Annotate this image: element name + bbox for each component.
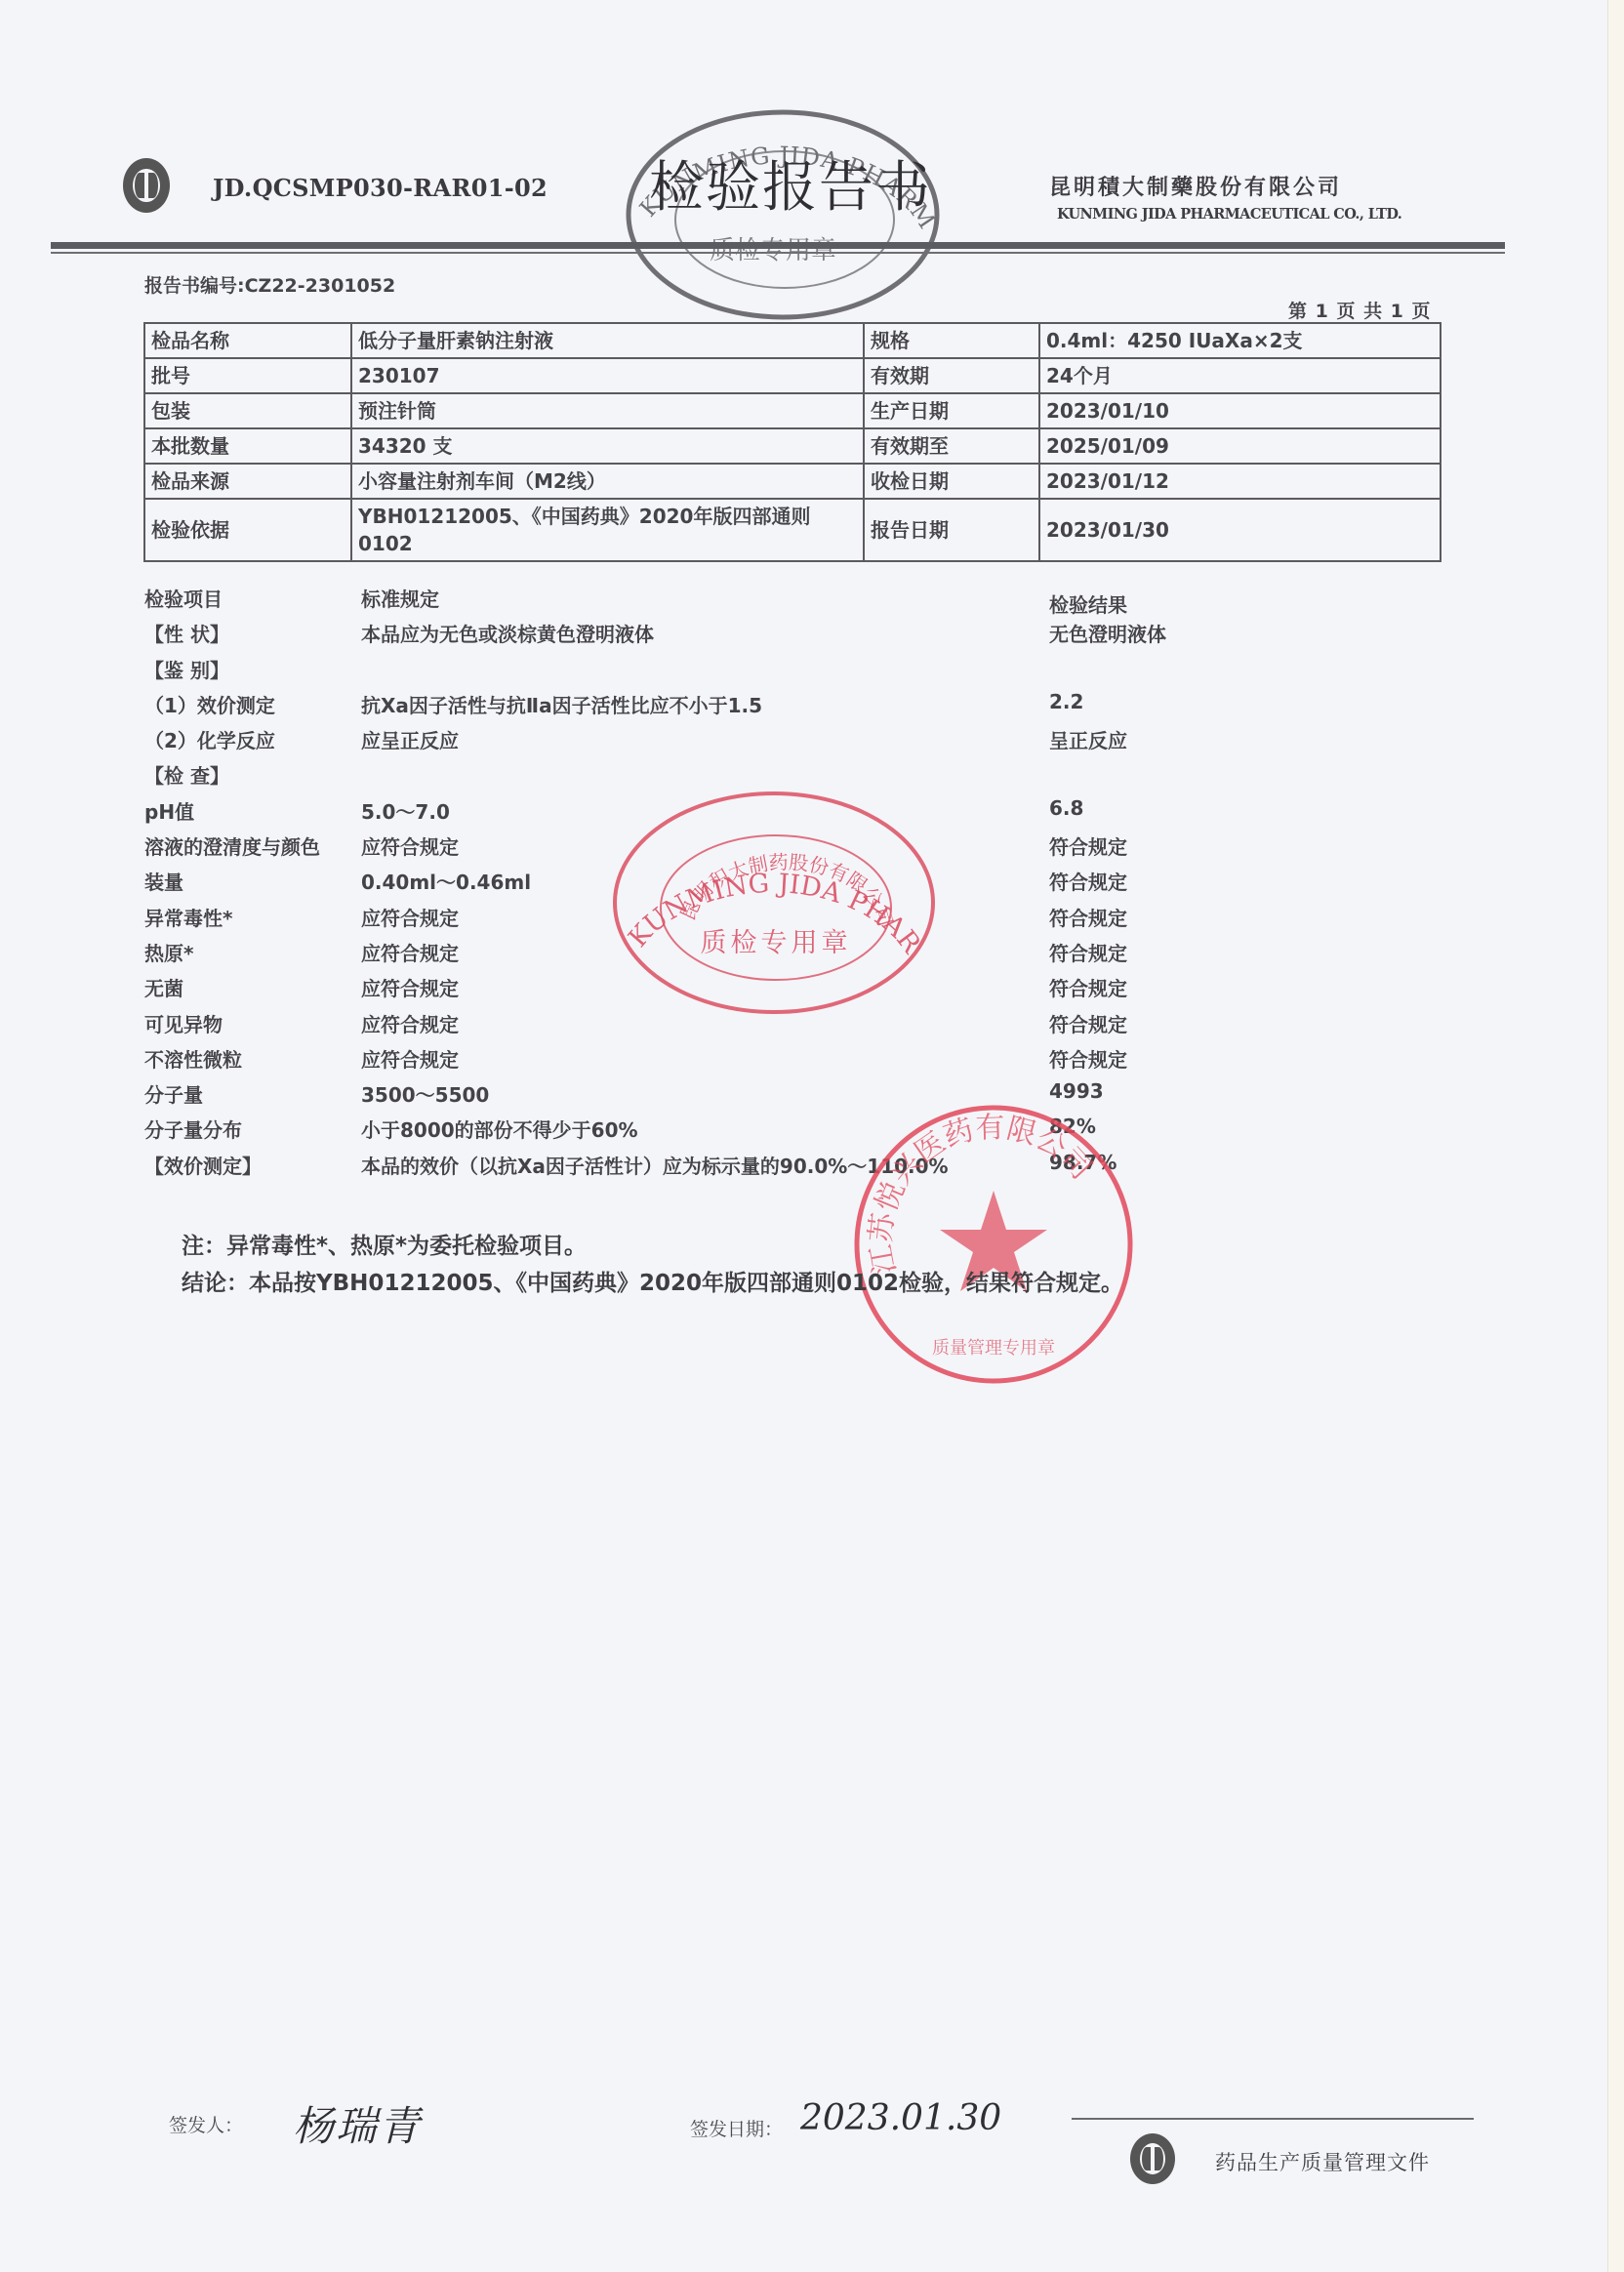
header-rule <box>51 242 1505 249</box>
column-header-standard: 标准规定 <box>361 584 439 612</box>
test-row: pH值5.0～7.06.8 <box>144 796 1218 832</box>
test-item-name: 热原* <box>144 938 193 966</box>
info-label: 批号 <box>144 358 351 393</box>
page-indicator: 第 1 页 共 1 页 <box>1288 297 1432 323</box>
test-result: 6.8 <box>1049 796 1083 820</box>
info-label: 收检日期 <box>864 464 1039 499</box>
test-result: 符合规定 <box>1049 832 1127 860</box>
svg-text:质量管理专用章: 质量管理专用章 <box>932 1338 1055 1359</box>
test-row: （1）效价测定抗Ⅹa因子活性与抗Ⅱa因子活性比应不小于1.52.2 <box>144 690 1218 725</box>
info-value: 2025/01/09 <box>1039 428 1441 464</box>
test-item-name: 异常毒性* <box>144 903 232 931</box>
jida-logo-icon <box>123 158 170 213</box>
test-item-name: 【检 查】 <box>144 760 229 789</box>
test-row: 无菌应符合规定符合规定 <box>144 973 1218 1008</box>
paper-edge <box>1607 0 1624 2272</box>
report-number: 报告书编号:CZ22-2301052 <box>144 271 395 298</box>
test-row: 【性 状】本品应为无色或淡棕黄色澄明液体无色澄明液体 <box>144 619 1218 654</box>
product-info-table: 检品名称低分子量肝素钠注射液规格0.4ml：4250 IUaXa×2支批号230… <box>143 322 1441 562</box>
test-item-name: pH值 <box>144 796 194 825</box>
info-label: 有效期至 <box>864 428 1039 464</box>
test-item-name: 装量 <box>144 867 183 895</box>
test-standard: 应符合规定 <box>361 1044 459 1073</box>
test-standard: 3500～5500 <box>361 1079 489 1108</box>
info-value: 低分子量肝素钠注射液 <box>351 323 864 358</box>
info-label: 有效期 <box>864 358 1039 393</box>
test-item-name: （1）效价测定 <box>144 690 275 718</box>
signer-signature: 杨瑞青 <box>293 2094 422 2153</box>
issue-date-handwritten: 2023.01.30 <box>800 2098 1001 2138</box>
test-row: 【效价测定】本品的效价（以抗Ⅹa因子活性计）应为标示量的90.0%～110.0%… <box>144 1151 1218 1186</box>
info-value: 24个月 <box>1039 358 1441 393</box>
test-item-name: 【效价测定】 <box>144 1151 262 1179</box>
test-row: 不溶性微粒应符合规定符合规定 <box>144 1044 1218 1079</box>
test-row: 溶液的澄清度与颜色应符合规定符合规定 <box>144 832 1218 867</box>
info-label: 检验依据 <box>144 499 351 561</box>
info-value: 0.4ml：4250 IUaXa×2支 <box>1039 323 1441 358</box>
test-item-name: 溶液的澄清度与颜色 <box>144 832 320 860</box>
info-label: 包装 <box>144 393 351 428</box>
info-value: 2023/01/30 <box>1039 499 1441 561</box>
page-title: 检验报告书 <box>649 144 932 223</box>
test-standard: 5.0～7.0 <box>361 796 450 825</box>
company-name-cn: 昆明積大制藥股份有限公司 <box>1049 171 1342 201</box>
column-header-result: 检验结果 <box>1049 589 1127 618</box>
test-item-name: 分子量 <box>144 1079 203 1108</box>
note-text: 注：异常毒性*、热原*为委托检验项目。 <box>182 1228 587 1260</box>
info-value: 小容量注射剂车间（M2线） <box>351 464 864 499</box>
test-item-name: 【鉴 别】 <box>144 655 229 683</box>
test-items-list: 检验项目 标准规定 检验结果 【性 状】本品应为无色或淡棕黄色澄明液体无色澄明液… <box>144 584 1218 1186</box>
test-standard: 应符合规定 <box>361 832 459 860</box>
info-row: 包装预注针筒生产日期2023/01/10 <box>144 393 1441 428</box>
company-name-en: KUNMING JIDA PHARMACEUTICAL CO., LTD. <box>1057 206 1401 223</box>
conclusion-text: 结论：本品按YBH01212005、《中国药典》2020年版四部通则0102检验… <box>182 1265 1123 1297</box>
info-value: 2023/01/12 <box>1039 464 1441 499</box>
test-standard: 应符合规定 <box>361 973 459 1001</box>
test-standard: 小于8000的部份不得少于60% <box>361 1115 638 1143</box>
info-value: 预注针筒 <box>351 393 864 428</box>
test-item-name: 无菌 <box>144 973 183 1001</box>
test-result: 无色澄明液体 <box>1049 619 1166 647</box>
info-label: 检品来源 <box>144 464 351 499</box>
footer-text: 药品生产质量管理文件 <box>1215 2147 1430 2176</box>
info-row: 本批数量34320 支有效期至2025/01/09 <box>144 428 1441 464</box>
info-value: YBH01212005、《中国药典》2020年版四部通则0102 <box>351 499 864 561</box>
footer-rule <box>1072 2118 1474 2120</box>
test-result: 符合规定 <box>1049 1044 1127 1073</box>
test-item-name: 可见异物 <box>144 1009 223 1037</box>
info-value: 2023/01/10 <box>1039 393 1441 428</box>
test-result: 98.7% <box>1049 1151 1116 1174</box>
info-label: 检品名称 <box>144 323 351 358</box>
column-header-item: 检验项目 <box>144 584 223 612</box>
test-result: 符合规定 <box>1049 1009 1127 1037</box>
test-result: 符合规定 <box>1049 867 1127 895</box>
test-row: 【检 查】 <box>144 760 1218 795</box>
test-result: 符合规定 <box>1049 903 1127 931</box>
test-row: 【鉴 别】 <box>144 655 1218 690</box>
test-standard: 抗Ⅹa因子活性与抗Ⅱa因子活性比应不小于1.5 <box>361 690 762 718</box>
test-row: 热原*应符合规定符合规定 <box>144 938 1218 973</box>
test-standard: 应符合规定 <box>361 938 459 966</box>
report-number-value: CZ22-2301052 <box>245 275 396 297</box>
test-standard: 应符合规定 <box>361 903 459 931</box>
test-row: 装量0.40ml～0.46ml符合规定 <box>144 867 1218 902</box>
test-standard: 应呈正反应 <box>361 725 459 753</box>
info-label: 报告日期 <box>864 499 1039 561</box>
test-row: （2）化学反应应呈正反应呈正反应 <box>144 725 1218 760</box>
test-items-header: 检验项目 标准规定 检验结果 <box>144 584 1218 619</box>
info-row: 检品名称低分子量肝素钠注射液规格0.4ml：4250 IUaXa×2支 <box>144 323 1441 358</box>
info-row: 检验依据YBH01212005、《中国药典》2020年版四部通则0102报告日期… <box>144 499 1441 561</box>
test-result: 4993 <box>1049 1079 1104 1103</box>
jida-logo-icon <box>1130 2133 1175 2184</box>
test-item-name: （2）化学反应 <box>144 725 275 753</box>
info-label: 本批数量 <box>144 428 351 464</box>
test-item-name: 分子量分布 <box>144 1115 242 1143</box>
test-result: 符合规定 <box>1049 973 1127 1001</box>
info-label: 规格 <box>864 323 1039 358</box>
test-item-name: 不溶性微粒 <box>144 1044 242 1073</box>
test-row: 可见异物应符合规定符合规定 <box>144 1009 1218 1044</box>
test-standard: 本品应为无色或淡棕黄色澄明液体 <box>361 619 654 647</box>
test-result: 呈正反应 <box>1049 725 1127 753</box>
document-code: JD.QCSMP030-RAR01-02 <box>213 174 548 202</box>
test-standard: 本品的效价（以抗Ⅹa因子活性计）应为标示量的90.0%～110.0% <box>361 1151 949 1179</box>
info-label: 生产日期 <box>864 393 1039 428</box>
header-rule-thin <box>51 252 1505 254</box>
info-row: 检品来源小容量注射剂车间（M2线）收检日期2023/01/12 <box>144 464 1441 499</box>
info-row: 批号230107有效期24个月 <box>144 358 1441 393</box>
issue-date-label: 签发日期： <box>690 2115 783 2141</box>
test-result: 2.2 <box>1049 690 1083 713</box>
test-result: 82% <box>1049 1115 1096 1138</box>
signer-label: 签发人： <box>169 2111 243 2137</box>
info-value: 230107 <box>351 358 864 393</box>
info-value: 34320 支 <box>351 428 864 464</box>
test-standard: 0.40ml～0.46ml <box>361 867 531 895</box>
test-row: 异常毒性*应符合规定符合规定 <box>144 903 1218 938</box>
test-row: 分子量分布小于8000的部份不得少于60%82% <box>144 1115 1218 1150</box>
test-row: 分子量3500～55004993 <box>144 1079 1218 1115</box>
test-item-name: 【性 状】 <box>144 619 229 647</box>
svg-text:质检专用章: 质检专用章 <box>710 236 836 265</box>
test-result: 符合规定 <box>1049 938 1127 966</box>
test-standard: 应符合规定 <box>361 1009 459 1037</box>
